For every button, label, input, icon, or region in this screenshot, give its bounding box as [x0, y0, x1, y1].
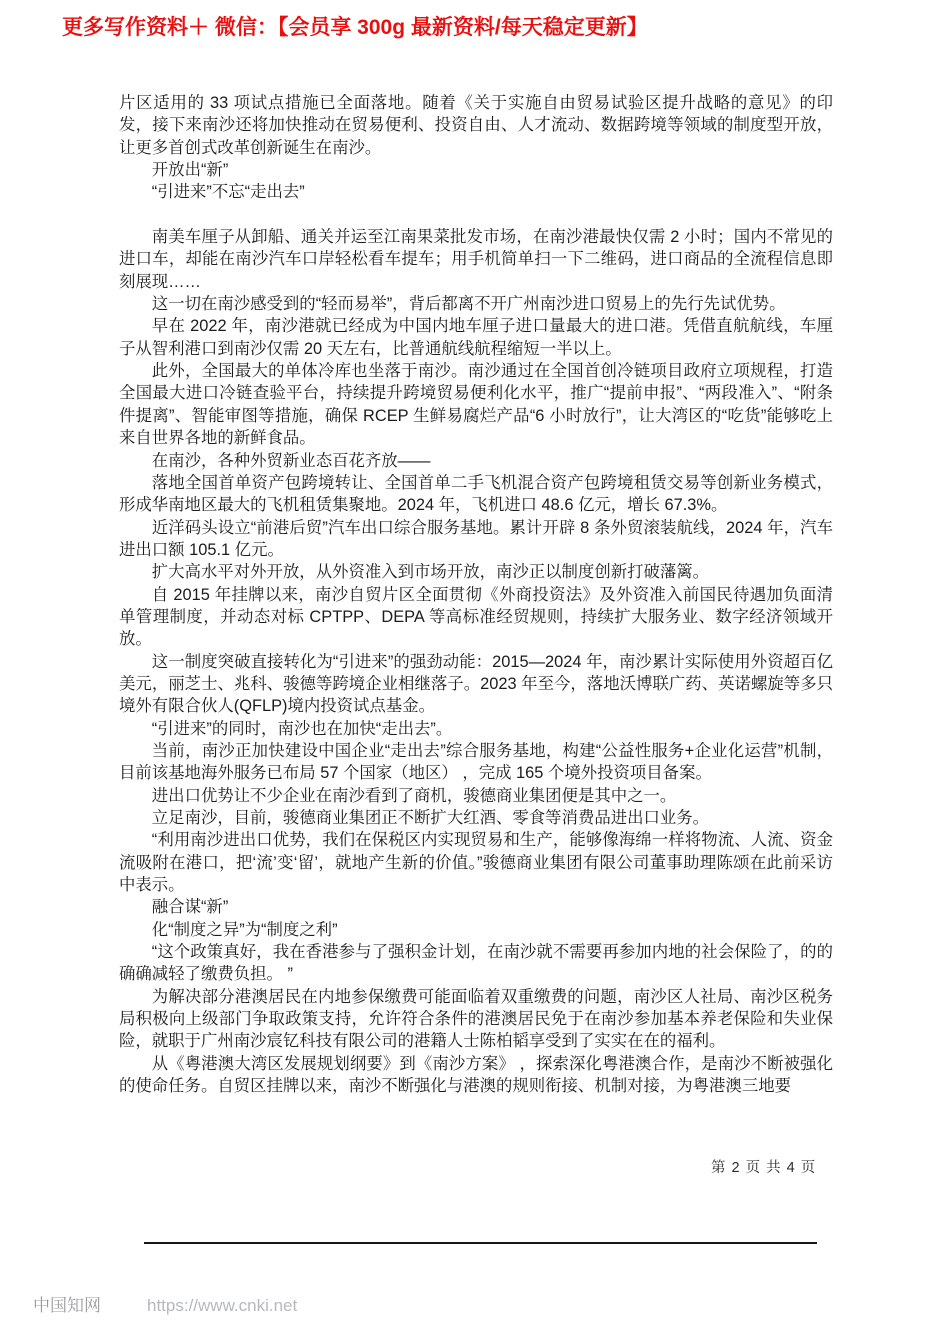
- paragraph: 进出口优势让不少企业在南沙看到了商机，骏德商业集团便是其中之一。: [119, 785, 833, 807]
- paragraph: 开放出“新”: [119, 159, 833, 181]
- cnki-watermark: 中国知网https://www.cnki.net: [33, 1291, 297, 1316]
- paragraph: “利用南沙进出口优势，我们在保税区内实现贸易和生产，能够像海绵一样将物流、人流、…: [119, 829, 833, 896]
- paragraph: 扩大高水平对外开放，从外资准入到市场开放，南沙正以制度创新打破藩篱。: [119, 561, 833, 583]
- document-body: 片区适用的 33 项试点措施已全面落地。随着《关于实施自由贸易试验区提升战略的意…: [119, 92, 833, 1097]
- paragraph: 近洋码头设立“前港后贸”汽车出口综合服务基地。累计开辟 8 条外贸滚装航线，20…: [119, 517, 833, 562]
- cnki-site-url: https://www.cnki.net: [147, 1296, 297, 1315]
- footer-divider: [144, 1242, 817, 1244]
- paragraph: 当前，南沙正加快建设中国企业“走出去”综合服务基地，构建“公益性服务+企业化运营…: [119, 740, 833, 785]
- paragraph: 在南沙，各种外贸新业态百花齐放——: [119, 450, 833, 472]
- paragraph: 化“制度之异”为“制度之利”: [119, 919, 833, 941]
- paragraph: 片区适用的 33 项试点措施已全面落地。随着《关于实施自由贸易试验区提升战略的意…: [119, 92, 833, 159]
- promo-banner: 更多写作资料＋ 微信：【会员享 300g 最新资料/每天稳定更新】: [62, 11, 648, 41]
- paragraph: 落地全国首单资产包跨境转让、全国首单二手飞机混合资产包跨境租赁交易等创新业务模式…: [119, 472, 833, 517]
- paragraph: 这一制度突破直接转化为“引进来”的强劲动能：2015—2024 年，南沙累计实际…: [119, 651, 833, 718]
- paragraph: 立足南沙，目前，骏德商业集团正不断扩大红酒、零食等消费品进出口业务。: [119, 807, 833, 829]
- paragraph: 早在 2022 年，南沙港就已经成为中国内地车厘子进口量最大的进口港。凭借直航航…: [119, 315, 833, 360]
- document-page: 更多写作资料＋ 微信：【会员享 300g 最新资料/每天稳定更新】 片区适用的 …: [0, 0, 950, 1344]
- page-indicator: 第 2 页 共 4 页: [711, 1156, 816, 1177]
- paragraph: 自 2015 年挂牌以来，南沙自贸片区全面贯彻《外商投资法》及外资准入前国民待遇…: [119, 584, 833, 651]
- paragraph: 从《粤港澳大湾区发展规划纲要》到《南沙方案》 ，探索深化粤港澳合作，是南沙不断被…: [119, 1053, 833, 1098]
- paragraph: “引进来”不忘“走出去”: [119, 181, 833, 203]
- paragraph: 这一切在南沙感受到的“轻而易举”，背后都离不开广州南沙进口贸易上的先行先试优势。: [119, 293, 833, 315]
- paragraph: 南美车厘子从卸船、通关并运至江南果菜批发市场，在南沙港最快仅需 2 小时；国内不…: [119, 226, 833, 293]
- paragraph: “这个政策真好，我在香港参与了强积金计划，在南沙就不需要再参加内地的社会保险了，…: [119, 941, 833, 986]
- paragraph: 此外，全国最大的单体冷库也坐落于南沙。南沙通过在全国首创冷链项目政府立项规程，打…: [119, 360, 833, 449]
- cnki-site-name: 中国知网: [33, 1296, 101, 1315]
- paragraph: 为解决部分港澳居民在内地参保缴费可能面临着双重缴费的问题，南沙区人社局、南沙区税…: [119, 986, 833, 1053]
- paragraph: “引进来”的同时，南沙也在加快“走出去”。: [119, 718, 833, 740]
- paragraph: 融合谋“新”: [119, 896, 833, 918]
